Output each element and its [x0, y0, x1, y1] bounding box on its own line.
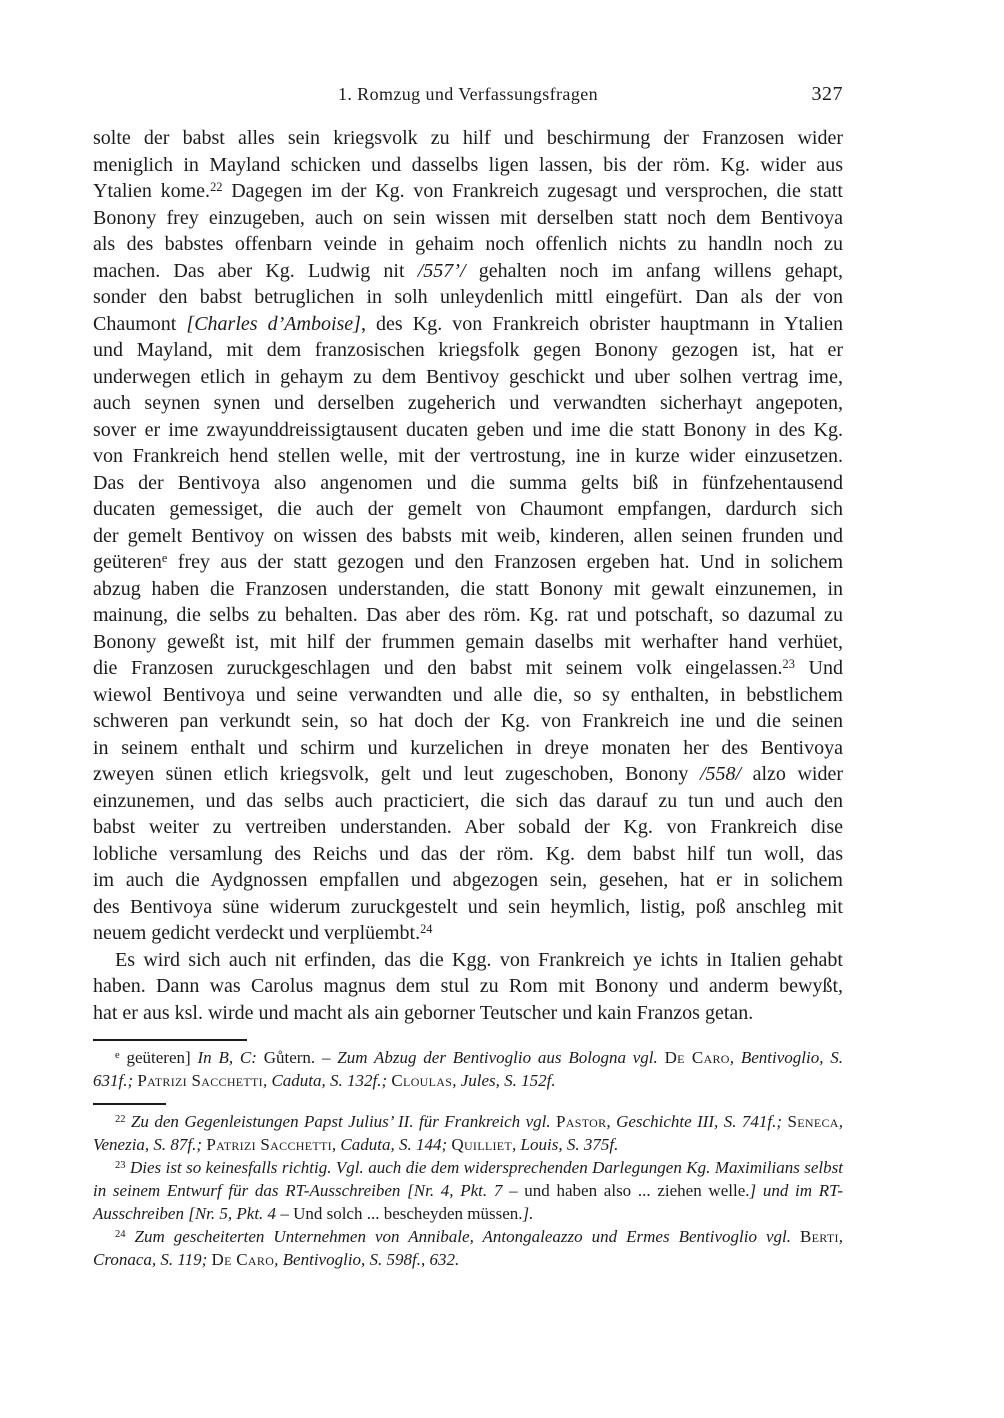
text-line: geüterene frey aus der statt gezogen und…	[93, 549, 843, 576]
text-run: [Charles d’Amboise]	[186, 313, 361, 335]
superscript-marker: 24	[420, 922, 432, 936]
text-run: sonder den babst betruglichen in solh un…	[93, 286, 843, 308]
text-run: , Bentivoglio, S. 598f., 632.	[274, 1250, 459, 1269]
text-run: sover er ime zwayunddreissigtausent duca…	[93, 419, 843, 441]
text-line: hat er aus ksl. wirde und macht als ain …	[93, 1000, 843, 1027]
text-run: auch seynen synen und derselben zugeheri…	[93, 392, 843, 414]
text-run: Ytalien kome.	[93, 180, 210, 202]
text-line: Das der Bentivoya also angenomen und die…	[93, 470, 843, 497]
text-run: Patrizi Sacchetti	[137, 1071, 263, 1090]
footnotes-section: e geüteren] In B, C: Gůtern. – Zum Abzug…	[93, 1039, 843, 1271]
text-run: hat er aus ksl. wirde und macht als ain …	[93, 1002, 753, 1024]
text-run: Gůtern. –	[257, 1048, 337, 1067]
text-line: 631f.; Patrizi Sacchetti, Caduta, S. 132…	[93, 1069, 843, 1092]
text-run: in seinem enthalt und schirm und kurzeli…	[93, 737, 843, 759]
superscript-marker: 22	[115, 1114, 126, 1125]
text-run: Quilliet	[451, 1135, 512, 1154]
text-line: der gemelt Bentivoy on wissen des babsts…	[93, 523, 843, 550]
text-line: lobliche versamlung des Reichs und das d…	[93, 841, 843, 868]
numbered-footnotes: 22 Zu den Gegenleistungen Papst Julius’ …	[93, 1110, 843, 1271]
apparatus-separator-rule	[93, 1039, 247, 1041]
text-run: die Franzosen zuruckgeschlagen und den b…	[93, 657, 783, 679]
text-line: e geüteren] In B, C: Gůtern. – Zum Abzug…	[93, 1046, 843, 1069]
text-run: Berti	[800, 1227, 839, 1246]
text-run: ,	[839, 1112, 843, 1131]
text-line: im auch die Aydgnossen empfallen und abg…	[93, 867, 843, 894]
text-run: geüteren]	[120, 1048, 198, 1067]
text-run: in seinem Entwurf für das RT-Ausschreibe…	[93, 1181, 502, 1200]
text-line: meniglich in Mayland schicken und dassel…	[93, 152, 843, 179]
text-run: abzug haben die Franzosen understanden, …	[93, 578, 843, 600]
text-run: , Bentivoglio, S.	[730, 1048, 843, 1067]
text-run: Cronaca, S. 119;	[93, 1250, 207, 1269]
text-line: haben. Dann was Carolus magnus dem stul …	[93, 973, 843, 1000]
text-line: Cronaca, S. 119; De Caro, Bentivoglio, S…	[93, 1248, 843, 1271]
text-run: Zu den Gegenleistungen Papst Julius’ II.…	[131, 1112, 551, 1131]
text-line: sover er ime zwayunddreissigtausent duca…	[93, 417, 843, 444]
text-run: meniglich in Mayland schicken und dassel…	[93, 154, 843, 176]
text-run: Und	[795, 657, 843, 679]
text-line: 23 Dies ist so keinesfalls richtig. Vgl.…	[93, 1156, 843, 1179]
text-line: solte der babst alles sein kriegsvolk zu…	[93, 125, 843, 152]
text-run: , des Kg. von Frankreich obrister hauptm…	[361, 313, 843, 335]
text-run: als des babstes offenbarn veinde in geha…	[93, 233, 843, 255]
text-run: frey aus der statt gezogen und den Franz…	[167, 551, 843, 573]
text-run: Dagegen im der Kg. von Frankreich zugesa…	[222, 180, 843, 202]
text-run: Chaumont	[93, 313, 186, 335]
text-run: Seneca	[788, 1112, 839, 1131]
text-run: Patrizi Sacchetti	[206, 1135, 332, 1154]
text-run: mainung, die selbs zu behalten. Das aber…	[93, 604, 843, 626]
text-run	[658, 1048, 665, 1067]
text-run: Bonony frey einzugeben, auch on sein wis…	[93, 207, 843, 229]
text-run: 631f.;	[93, 1071, 133, 1090]
text-line: Ausschreiben [Nr. 5, Pkt. 4 – Und solch …	[93, 1202, 843, 1225]
text-run: , Jules, S. 152f.	[452, 1071, 555, 1090]
text-run: Pastor	[556, 1112, 606, 1131]
text-run: /557’/	[418, 260, 466, 282]
text-run: gehalten noch im anfang willens gehapt,	[466, 260, 843, 282]
footnote-separator-rule	[93, 1103, 166, 1105]
text-run: ,	[839, 1227, 843, 1246]
text-line: Ytalien kome.22 Dagegen im der Kg. von F…	[93, 178, 843, 205]
text-line: babst weiter zu vertreiben understanden.…	[93, 814, 843, 841]
text-run: ].	[523, 1204, 534, 1223]
text-line: zweyen sünen etlich kriegsvolk, gelt und…	[93, 761, 843, 788]
text-run: Zum gescheiterten Unternehmen von Anniba…	[135, 1227, 791, 1246]
text-line: wiewol Bentivoya und seine verwandten un…	[93, 682, 843, 709]
text-run: schweren pan verkundt sein, so hat doch …	[93, 710, 843, 732]
text-line: als des babstes offenbarn veinde in geha…	[93, 231, 843, 258]
text-run: underwegen etlich in gehaym zu dem Benti…	[93, 366, 843, 388]
text-line: sonder den babst betruglichen in solh un…	[93, 284, 843, 311]
text-line: in seinem enthalt und schirm und kurzeli…	[93, 735, 843, 762]
text-run	[791, 1227, 800, 1246]
page-number: 327	[812, 83, 844, 106]
text-run: geüteren	[93, 551, 162, 573]
text-line: Chaumont [Charles d’Amboise], des Kg. vo…	[93, 311, 843, 338]
superscript-marker: 23	[783, 657, 795, 671]
text-line: Es wird sich auch nit erfinden, das die …	[93, 947, 843, 974]
text-run: zweyen sünen etlich kriegsvolk, gelt und…	[93, 763, 700, 785]
critical-apparatus: e geüteren] In B, C: Gůtern. – Zum Abzug…	[93, 1046, 843, 1092]
text-run: der gemelt Bentivoy on wissen des babsts…	[93, 525, 843, 547]
text-run: Es wird sich auch nit erfinden, das die …	[115, 949, 843, 971]
text-line: 24 Zum gescheiterten Unternehmen von Ann…	[93, 1225, 843, 1248]
text-run: im auch die Aydgnossen empfallen und abg…	[93, 869, 843, 891]
text-run: , Louis, S. 375f.	[512, 1135, 618, 1154]
text-run: /558/	[700, 763, 741, 785]
text-run: ] und im RT-	[750, 1181, 844, 1200]
text-run: , Caduta, S. 132f.;	[263, 1071, 387, 1090]
page-header: 1. Romzug und Verfassungsfragen 327	[93, 84, 843, 108]
text-line: underwegen etlich in gehaym zu dem Benti…	[93, 364, 843, 391]
text-line: Bonony frey einzugeben, auch on sein wis…	[93, 205, 843, 232]
text-run: De Caro	[212, 1250, 275, 1269]
text-run: babst weiter zu vertreiben understanden.…	[93, 816, 843, 838]
text-run: – und haben also ... ziehen welle.	[502, 1181, 749, 1200]
text-run: , Geschichte III, S. 741f.;	[606, 1112, 782, 1131]
text-line: Bonony geweßt ist, mit hilf der frummen …	[93, 629, 843, 656]
main-text: solte der babst alles sein kriegsvolk zu…	[93, 125, 843, 1026]
text-run: neuem gedicht verdeckt und verplüembt.	[93, 922, 420, 944]
text-run: Ausschreiben [Nr. 5, Pkt. 4	[93, 1204, 276, 1223]
text-run: Das der Bentivoya also angenomen und die…	[93, 472, 843, 494]
text-run: solte der babst alles sein kriegsvolk zu…	[93, 127, 843, 149]
running-title: 1. Romzug und Verfassungsfragen	[93, 84, 843, 105]
text-run: , Caduta, S. 144;	[332, 1135, 447, 1154]
text-line: in seinem Entwurf für das RT-Ausschreibe…	[93, 1179, 843, 1202]
text-run: De Caro	[665, 1048, 730, 1067]
text-run: Bonony geweßt ist, mit hilf der frummen …	[93, 631, 843, 653]
text-line: 22 Zu den Gegenleistungen Papst Julius’ …	[93, 1110, 843, 1133]
text-run: machen. Das aber Kg. Ludwig nit	[93, 260, 418, 282]
superscript-marker: 24	[115, 1229, 126, 1240]
text-run: Dies ist so keinesfalls richtig. Vgl. au…	[130, 1158, 843, 1177]
text-line: die Franzosen zuruckgeschlagen und den b…	[93, 655, 843, 682]
text-line: von Frankreich hend stellen welle, mit d…	[93, 443, 843, 470]
text-run	[126, 1227, 135, 1246]
book-page: 1. Romzug und Verfassungsfragen 327 solt…	[93, 0, 843, 1271]
text-run: Venezia, S. 87f.;	[93, 1135, 202, 1154]
text-run: des Bentivoya süne widerum zuruckgestelt…	[93, 896, 843, 918]
text-run: Zum Abzug der Bentivoglio aus Bologna vg…	[337, 1048, 658, 1067]
text-run: – Und solch ... bescheyden müssen.	[276, 1204, 522, 1223]
text-line: machen. Das aber Kg. Ludwig nit /557’/ g…	[93, 258, 843, 285]
superscript-marker: 22	[210, 180, 222, 194]
text-line: abzug haben die Franzosen understanden, …	[93, 576, 843, 603]
text-run: alzo wider	[741, 763, 843, 785]
text-run: wiewol Bentivoya und seine verwandten un…	[93, 684, 843, 706]
text-run: haben. Dann was Carolus magnus dem stul …	[93, 975, 843, 997]
text-run: einzunemen, und das selbs auch practicie…	[93, 790, 843, 812]
text-line: und Mayland, mit dem franzosischen krieg…	[93, 337, 843, 364]
text-line: einzunemen, und das selbs auch practicie…	[93, 788, 843, 815]
text-line: schweren pan verkundt sein, so hat doch …	[93, 708, 843, 735]
text-line: Venezia, S. 87f.; Patrizi Sacchetti, Cad…	[93, 1133, 843, 1156]
superscript-marker: e	[162, 551, 168, 565]
text-line: mainung, die selbs zu behalten. Das aber…	[93, 602, 843, 629]
text-line: des Bentivoya süne widerum zuruckgestelt…	[93, 894, 843, 921]
text-run: In B, C:	[197, 1048, 256, 1067]
superscript-marker: 23	[115, 1160, 126, 1171]
text-run: Cloulas	[391, 1071, 452, 1090]
text-line: neuem gedicht verdeckt und verplüembt.24	[93, 920, 843, 947]
text-run: und Mayland, mit dem franzosischen krieg…	[93, 339, 843, 361]
text-run: von Frankreich hend stellen welle, mit d…	[93, 445, 843, 467]
superscript-marker: e	[115, 1050, 120, 1061]
text-run: ducaten gemessiget, die auch der gemelt …	[93, 498, 843, 520]
text-line: auch seynen synen und derselben zugeheri…	[93, 390, 843, 417]
text-line: ducaten gemessiget, die auch der gemelt …	[93, 496, 843, 523]
text-run: lobliche versamlung des Reichs und das d…	[93, 843, 843, 865]
